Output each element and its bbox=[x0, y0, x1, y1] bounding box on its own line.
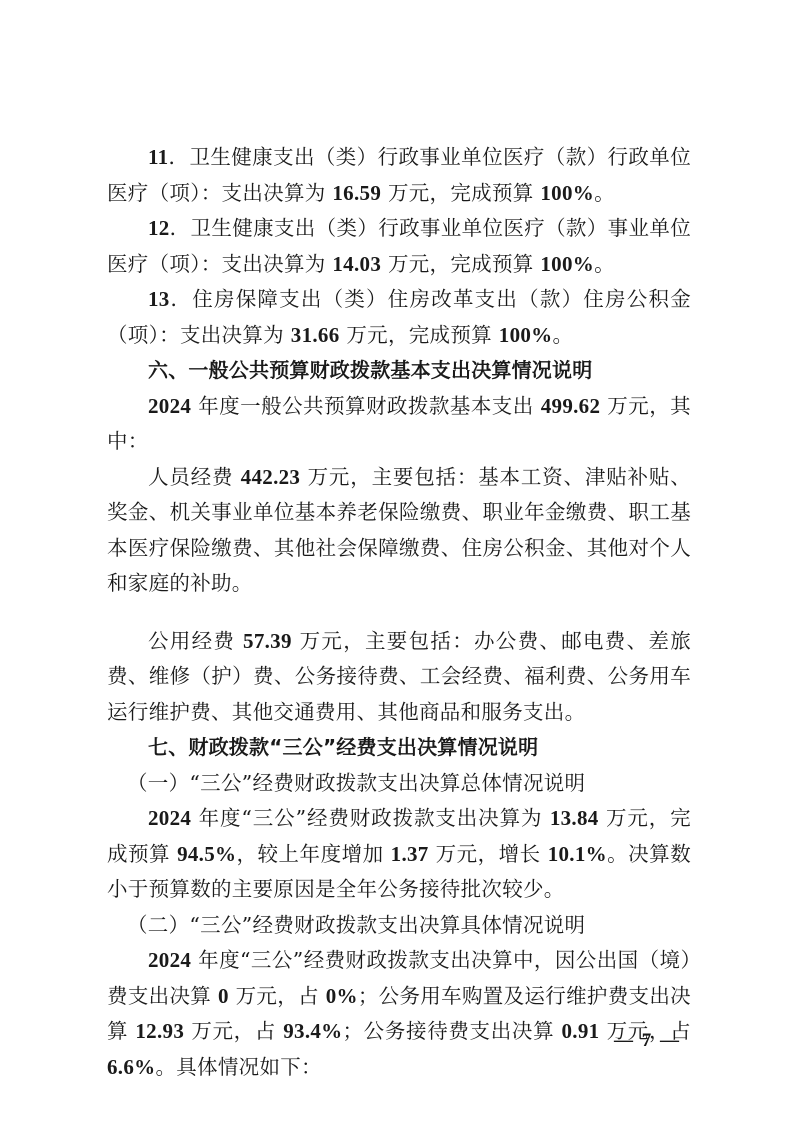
bold-figure: 100% bbox=[499, 323, 553, 347]
bold-figure: 2024 bbox=[148, 394, 191, 418]
bold-figure: 0 bbox=[218, 984, 229, 1008]
text-run: 。 bbox=[594, 181, 615, 205]
bold-figure: 2024 bbox=[148, 948, 191, 972]
text-run: 。具体情况如下： bbox=[155, 1055, 321, 1079]
bold-figure: 0.91 bbox=[561, 1019, 599, 1043]
bold-figure: 100% bbox=[540, 181, 594, 205]
numbered-item: 13．住房保障支出（类）住房改革支出（款）住房公积金（项）：支出决算为 31.6… bbox=[107, 282, 691, 353]
text-run: 。 bbox=[552, 323, 573, 347]
bold-figure: 442.23 bbox=[241, 465, 301, 489]
bold-figure: 6.6% bbox=[107, 1055, 155, 1079]
text-run: 万元，增长 bbox=[429, 842, 548, 866]
bold-figure: 14.03 bbox=[332, 252, 381, 276]
body-paragraph: 2024 年度一般公共预算财政拨款基本支出 499.62 万元，其中： bbox=[107, 389, 691, 460]
text-run: ，较上年度增加 bbox=[236, 842, 390, 866]
text-run: 万元，占 bbox=[229, 984, 326, 1008]
section-heading: 七、财政拨款“三公”经费支出决算情况说明 bbox=[107, 730, 691, 766]
bold-figure: 13.84 bbox=[550, 806, 599, 830]
bold-figure: 16.59 bbox=[332, 181, 381, 205]
text-run: 公用经费 bbox=[148, 629, 243, 653]
text-run: ；公务接待费支出决算 bbox=[342, 1019, 561, 1043]
text-run: 年度“三公”经费财政拨款支出决算为 bbox=[191, 806, 550, 830]
bold-figure: 0% bbox=[326, 984, 358, 1008]
bold-figure: 1.37 bbox=[391, 842, 429, 866]
bold-figure: 12 bbox=[148, 216, 170, 240]
bold-figure: 12.93 bbox=[135, 1019, 184, 1043]
bold-figure: 13 bbox=[148, 287, 170, 311]
body-paragraph: 人员经费 442.23 万元，主要包括：基本工资、津贴补贴、奖金、机关事业单位基… bbox=[107, 460, 691, 602]
bold-figure: 93.4% bbox=[283, 1019, 342, 1043]
subsection-heading: （一）“三公”经费财政拨款支出决算总体情况说明 bbox=[107, 766, 691, 802]
bold-figure: 57.39 bbox=[243, 629, 292, 653]
text-run: 万元，完成预算 bbox=[381, 252, 540, 276]
bold-figure: 10.1% bbox=[548, 842, 607, 866]
body-paragraph: 2024 年度“三公”经费财政拨款支出决算中，因公出国（境）费支出决算 0 万元… bbox=[107, 943, 691, 1085]
bold-figure: 2024 bbox=[148, 806, 191, 830]
bold-figure: 94.5% bbox=[177, 842, 236, 866]
numbered-item: 12．卫生健康支出（类）行政事业单位医疗（款）事业单位医疗（项）：支出决算为 1… bbox=[107, 211, 691, 282]
text-run: 年度一般公共预算财政拨款基本支出 bbox=[191, 394, 541, 418]
bold-figure: 11 bbox=[148, 145, 168, 169]
document-page: 11．卫生健康支出（类）行政事业单位医疗（款）行政单位医疗（项）：支出决算为 1… bbox=[107, 140, 691, 1085]
numbered-item: 11．卫生健康支出（类）行政事业单位医疗（款）行政单位医疗（项）：支出决算为 1… bbox=[107, 140, 691, 211]
bold-figure: 100% bbox=[540, 252, 594, 276]
bold-figure: 499.62 bbox=[541, 394, 601, 418]
text-run: 万元，完成预算 bbox=[340, 323, 499, 347]
text-run: 万元，占 bbox=[184, 1019, 283, 1043]
bold-figure: 31.66 bbox=[291, 323, 340, 347]
page-number: — 7 — bbox=[614, 1030, 681, 1052]
text-run: 人员经费 bbox=[148, 465, 241, 489]
subsection-heading: （二）“三公”经费财政拨款支出决算具体情况说明 bbox=[107, 908, 691, 944]
body-paragraph: 2024 年度“三公”经费财政拨款支出决算为 13.84 万元，完成预算 94.… bbox=[107, 801, 691, 908]
section-heading: 六、一般公共预算财政拨款基本支出决算情况说明 bbox=[107, 353, 691, 389]
body-paragraph: 公用经费 57.39 万元，主要包括：办公费、邮电费、差旅费、维修（护）费、公务… bbox=[107, 624, 691, 731]
text-run: 万元，完成预算 bbox=[381, 181, 540, 205]
text-run: 。 bbox=[594, 252, 615, 276]
